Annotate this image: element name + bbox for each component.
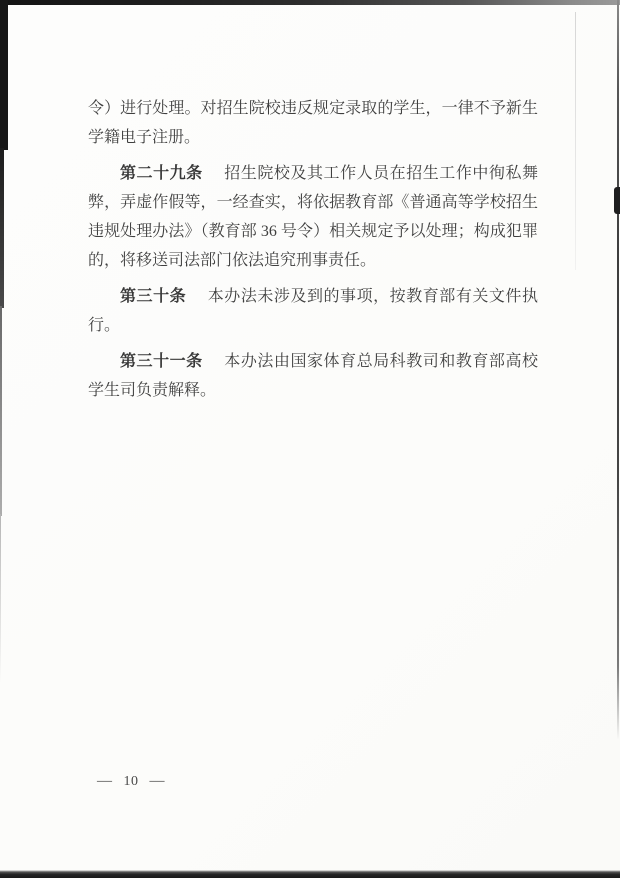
paragraph-article-30: 第三十条本办法未涉及到的事项，按教育部有关文件执行。 xyxy=(88,282,538,340)
scan-edge-top xyxy=(0,0,620,5)
scan-edge-left xyxy=(0,148,4,308)
paragraph-continuation: 令）进行处理。对招生院校违反规定录取的学生，一律不予新生学籍电子注册。 xyxy=(88,94,538,152)
scan-edge-right xyxy=(617,0,619,740)
article-number: 第三十条 xyxy=(120,288,186,305)
page-number-dash-right: — xyxy=(150,773,166,790)
page-number: — 10 — xyxy=(97,773,165,790)
paragraph-article-29: 第二十九条招生院校及其工作人员在招生工作中徇私舞弊，弄虚作假等，一经查实，将依据… xyxy=(88,159,538,275)
paragraph-text: 令）进行处理。对招生院校违反规定录取的学生，一律不予新生学籍电子注册。 xyxy=(88,100,538,146)
scan-edge-bottom xyxy=(0,870,620,878)
page-number-value: 10 xyxy=(124,774,139,790)
scan-ghost-line xyxy=(575,12,576,270)
document-page: 令）进行处理。对招生院校违反规定录取的学生，一律不予新生学籍电子注册。 第二十九… xyxy=(0,0,620,878)
scan-edge-left xyxy=(0,0,8,150)
scan-artifact-blob xyxy=(614,187,620,214)
article-number: 第三十一条 xyxy=(120,353,203,370)
article-number: 第二十九条 xyxy=(120,165,203,182)
scan-edge-left xyxy=(0,306,2,516)
scan-edge-left xyxy=(0,514,1,684)
document-body: 令）进行处理。对招生院校违反规定录取的学生，一律不予新生学籍电子注册。 第二十九… xyxy=(88,94,538,412)
page-number-dash-left: — xyxy=(97,773,113,790)
paragraph-article-31: 第三十一条本办法由国家体育总局科教司和教育部高校学生司负责解释。 xyxy=(88,347,538,405)
